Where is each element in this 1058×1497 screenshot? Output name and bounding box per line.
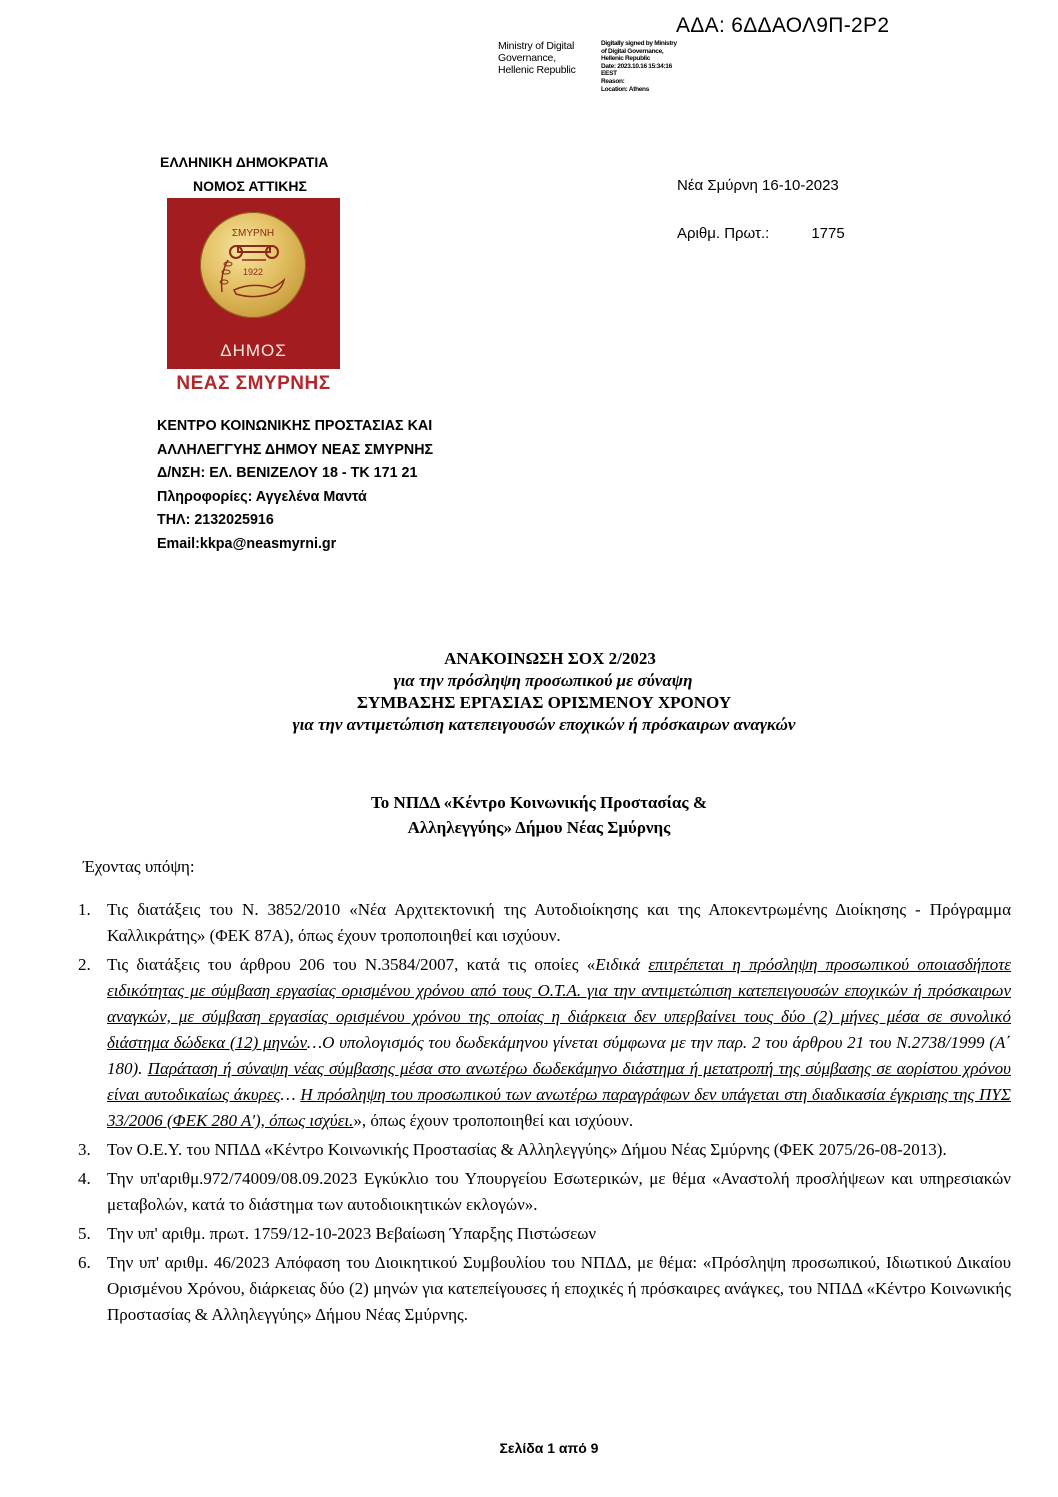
signature-details: Digitally signed by Ministry of Digital …	[601, 40, 677, 93]
signer-line: Ministry of Digital	[498, 40, 576, 52]
prefecture-heading: ΝΟΜΟΣ ΑΤΤΙΚΗΣ	[193, 178, 307, 194]
signer-line: Hellenic Republic	[498, 64, 576, 76]
list-item: 6. Την υπ' αριθμ. 46/2023 Απόφαση του Δι…	[83, 1250, 1011, 1328]
signature-detail-line: Date: 2023.10.16 15:34:16	[601, 63, 677, 71]
sender-email: Email:kkpa@neasmyrni.gr	[157, 533, 433, 557]
item-text-plain: Τις διατάξεις του άρθρου 206 του Ν.3584/…	[107, 955, 595, 974]
item-number: 1.	[78, 897, 102, 923]
sender-contact-person: Πληροφορίες: Αγγελένα Μαντά	[157, 486, 433, 510]
title-line-3: ΣΥΜΒΑΣΗΣ ΕΡΓΑΣΙΑΣ ΟΡΙΣΜΕΝΟΥ ΧΡΟΝΟΥ	[0, 692, 1058, 714]
signature-detail-line: Hellenic Republic	[601, 55, 677, 63]
place-date: Νέα Σμύρνη 16-10-2023	[677, 177, 839, 194]
sender-info: ΚΕΝΤΡΟ ΚΟΙΝΩΝΙΚΗΣ ΠΡΟΣΤΑΣΙΑΣ ΚΑΙ ΑΛΛΗΛΕΓ…	[157, 415, 433, 556]
svg-text:ΣΜΥΡΝΗ: ΣΜΥΡΝΗ	[232, 228, 274, 239]
item-text-italic: …	[280, 1085, 300, 1104]
title-line-2: για την πρόσληψη προσωπικού με σύναψη	[0, 670, 1058, 692]
signature-detail-line: Digitally signed by Ministry	[601, 40, 677, 48]
country-heading: ΕΛΛΗΝΙΚΗ ΔΗΜΟΚΡΑΤΙΑ	[160, 154, 328, 170]
list-item: 4. Την υπ'αριθμ.972/74009/08.09.2023 Εγκ…	[83, 1166, 1011, 1218]
item-number: 2.	[78, 952, 102, 978]
sender-phone: ΤΗΛ: 2132025916	[157, 509, 433, 533]
item-text: Τον Ο.Ε.Υ. του ΝΠΔΔ «Κέντρο Κοινωνικής Π…	[107, 1140, 947, 1159]
item-text: Την υπ' αριθμ. 46/2023 Απόφαση του Διοικ…	[107, 1253, 1011, 1324]
sender-org-line-2: ΑΛΛΗΛΕΓΓΥΗΣ ΔΗΜΟΥ ΝΕΑΣ ΣΜΥΡΝΗΣ	[157, 439, 433, 463]
item-text: Την υπ' αριθμ. πρωτ. 1759/12-10-2023 Βεβ…	[107, 1224, 596, 1243]
title-line-1: ΑΝΑΚΟΙΝΩΣΗ ΣΟΧ 2/2023	[0, 648, 1058, 670]
considerations-intro: Έχοντας υπόψη:	[83, 857, 195, 877]
item-number: 3.	[78, 1137, 102, 1163]
item-number: 6.	[78, 1250, 102, 1276]
list-item: 1. Τις διατάξεις του Ν. 3852/2010 «Νέα Α…	[83, 897, 1011, 949]
sender-address: Δ/ΝΣΗ: ΕΛ. ΒΕΝΙΖΕΛΟΥ 18 - ΤΚ 171 21	[157, 462, 433, 486]
org-line-1: Το ΝΠΔΔ «Κέντρο Κοινωνικής Προστασίας &	[0, 790, 1058, 815]
item-text-italic: Ειδικά	[595, 955, 648, 974]
list-item: 3. Τον Ο.Ε.Υ. του ΝΠΔΔ «Κέντρο Κοινωνική…	[83, 1137, 1011, 1163]
sender-org-line-1: ΚΕΝΤΡΟ ΚΟΙΝΩΝΙΚΗΣ ΠΡΟΣΤΑΣΙΑΣ ΚΑΙ	[157, 415, 433, 439]
title-line-4: για την αντιμετώπιση κατεπειγουσών εποχι…	[0, 714, 1058, 736]
item-number: 4.	[78, 1166, 102, 1192]
announcement-title: ΑΝΑΚΟΙΝΩΣΗ ΣΟΧ 2/2023 για την πρόσληψη π…	[0, 648, 1058, 736]
signer-line: Governance,	[498, 52, 576, 64]
signature-detail-line: Location: Athens	[601, 86, 677, 94]
coin-emblem-icon: ΣΜΥΡΝΗ 1922	[200, 212, 306, 318]
list-item: 2. Τις διατάξεις του άρθρου 206 του Ν.35…	[83, 952, 1011, 1134]
item-text-plain: », όπως έχουν τροποποιηθεί και ισχύουν.	[353, 1111, 633, 1130]
item-number: 5.	[78, 1221, 102, 1247]
signature-detail-line: of Digital Governance,	[601, 48, 677, 56]
ada-code: ΑΔΑ: 6ΔΔΑΟΛ9Π-2Ρ2	[676, 14, 889, 38]
municipality-logo: ΣΜΥΡΝΗ 1922 ΔΗΜΟΣ	[167, 198, 340, 369]
signature-signer: Ministry of Digital Governance, Hellenic…	[498, 40, 576, 76]
logo-dimos-text: ΔΗΜΟΣ	[167, 341, 340, 361]
list-item: 5. Την υπ' αριθμ. πρωτ. 1759/12-10-2023 …	[83, 1221, 1011, 1247]
page-number: Σελίδα 1 από 9	[0, 1440, 1058, 1456]
item-text: Την υπ'αριθμ.972/74009/08.09.2023 Εγκύκλ…	[107, 1169, 1011, 1214]
protocol-number: 1775	[811, 225, 844, 242]
protocol-line: Αριθμ. Πρωτ.:1775	[677, 225, 845, 242]
item-text: Τις διατάξεις του Ν. 3852/2010 «Νέα Αρχι…	[107, 900, 1011, 945]
signature-detail-line: EEST	[601, 70, 677, 78]
svg-text:1922: 1922	[243, 267, 263, 277]
org-line-2: Αλληλεγγύης» Δήμου Νέας Σμύρνης	[0, 815, 1058, 840]
issuing-organization: Το ΝΠΔΔ «Κέντρο Κοινωνικής Προστασίας & …	[0, 790, 1058, 840]
protocol-label: Αριθμ. Πρωτ.:	[677, 225, 769, 242]
municipality-name: ΝΕΑΣ ΣΜΥΡΝΗΣ	[167, 373, 340, 395]
considerations-list: 1. Τις διατάξεις του Ν. 3852/2010 «Νέα Α…	[83, 897, 1011, 1331]
signature-detail-line: Reason:	[601, 78, 677, 86]
